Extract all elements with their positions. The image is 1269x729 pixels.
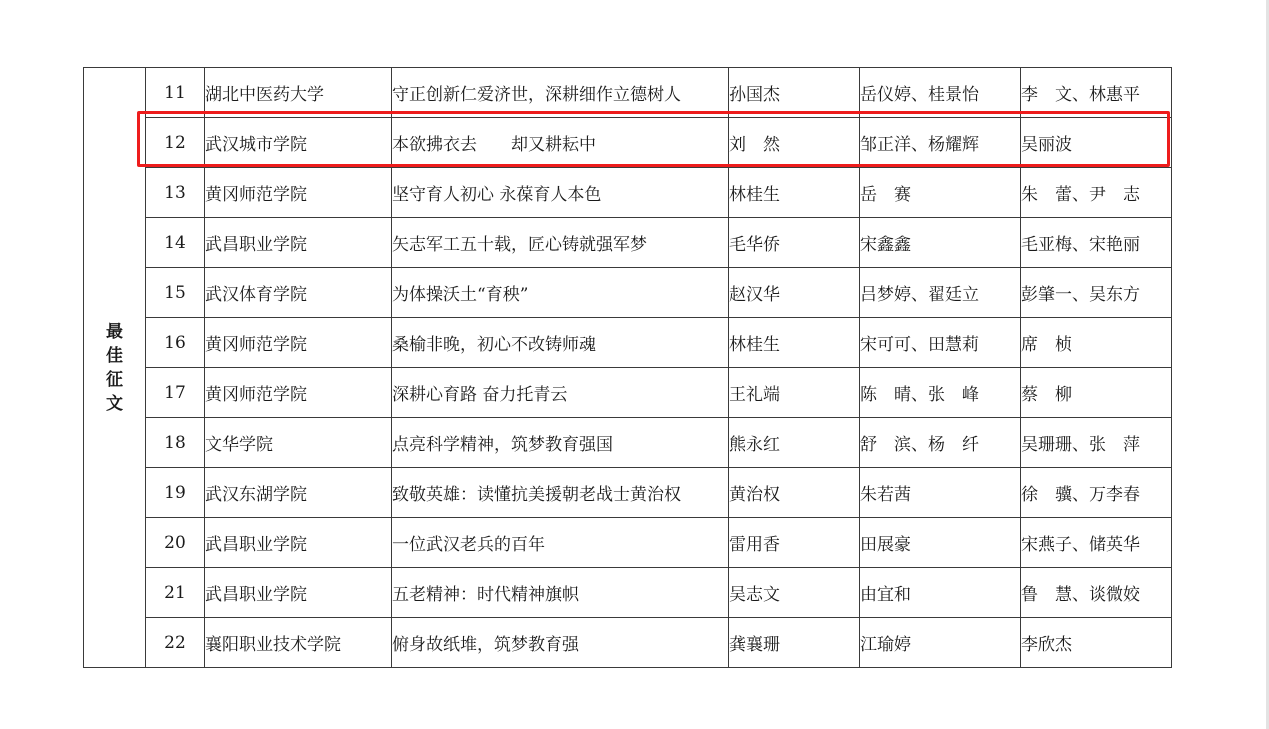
authors-cell: 邹正洋、杨耀辉 — [860, 118, 1021, 168]
table-row: 18 文华学院 点亮科学精神，筑梦教育强国 熊永红 舒 滨、杨 纤 吴珊珊、张 … — [84, 418, 1172, 468]
authors-cell: 吕梦婷、翟廷立 — [860, 268, 1021, 318]
row-number: 11 — [146, 68, 205, 118]
advisors-cell: 吴丽波 — [1021, 118, 1172, 168]
school-cell: 武昌职业学院 — [205, 518, 392, 568]
row-number: 14 — [146, 218, 205, 268]
title-cell: 一位武汉老兵的百年 — [392, 518, 729, 568]
advisors-cell: 蔡 柳 — [1021, 368, 1172, 418]
authors-cell: 田展豪 — [860, 518, 1021, 568]
subject-cell: 林桂生 — [729, 168, 860, 218]
table-row: 最 佳 征 文 11 湖北中医药大学 守正创新仁爱济世，深耕细作立德树人 孙国杰… — [84, 68, 1172, 118]
table-row: 19 武汉东湖学院 致敬英雄：读懂抗美援朝老战士黄治权 黄治权 朱若茜 徐 骥、… — [84, 468, 1172, 518]
advisors-cell: 李欣杰 — [1021, 618, 1172, 668]
row-number: 17 — [146, 368, 205, 418]
subject-cell: 吴志文 — [729, 568, 860, 618]
authors-cell: 江瑜婷 — [860, 618, 1021, 668]
table-row: 15 武汉体育学院 为体操沃土“育秧” 赵汉华 吕梦婷、翟廷立 彭肇一、吴东方 — [84, 268, 1172, 318]
subject-cell: 赵汉华 — [729, 268, 860, 318]
school-cell: 黄冈师范学院 — [205, 168, 392, 218]
title-cell: 为体操沃土“育秧” — [392, 268, 729, 318]
subject-cell: 毛华侨 — [729, 218, 860, 268]
row-number: 21 — [146, 568, 205, 618]
title-cell: 矢志军工五十载，匠心铸就强军梦 — [392, 218, 729, 268]
school-cell: 武昌职业学院 — [205, 218, 392, 268]
school-cell: 武汉城市学院 — [205, 118, 392, 168]
advisors-cell: 席 桢 — [1021, 318, 1172, 368]
row-number: 19 — [146, 468, 205, 518]
row-number: 15 — [146, 268, 205, 318]
row-number: 12 — [146, 118, 205, 168]
awards-table: 最 佳 征 文 11 湖北中医药大学 守正创新仁爱济世，深耕细作立德树人 孙国杰… — [83, 67, 1172, 668]
table-row: 16 黄冈师范学院 桑榆非晚，初心不改铸师魂 林桂生 宋可可、田慧莉 席 桢 — [84, 318, 1172, 368]
advisors-cell: 毛亚梅、宋艳丽 — [1021, 218, 1172, 268]
authors-cell: 宋鑫鑫 — [860, 218, 1021, 268]
advisors-cell: 李 文、林惠平 — [1021, 68, 1172, 118]
table-row: 20 武昌职业学院 一位武汉老兵的百年 雷用香 田展豪 宋燕子、储英华 — [84, 518, 1172, 568]
title-cell: 点亮科学精神，筑梦教育强国 — [392, 418, 729, 468]
title-cell: 五老精神：时代精神旗帜 — [392, 568, 729, 618]
title-cell: 致敬英雄：读懂抗美援朝老战士黄治权 — [392, 468, 729, 518]
row-number: 16 — [146, 318, 205, 368]
category-char: 最 — [84, 320, 145, 344]
school-cell: 湖北中医药大学 — [205, 68, 392, 118]
advisors-cell: 鲁 慧、谈微姣 — [1021, 568, 1172, 618]
category-char: 佳 — [84, 344, 145, 368]
title-cell: 桑榆非晚，初心不改铸师魂 — [392, 318, 729, 368]
row-number: 13 — [146, 168, 205, 218]
category-cell: 最 佳 征 文 — [84, 68, 146, 668]
title-cell: 俯身故纸堆，筑梦教育强 — [392, 618, 729, 668]
school-cell: 武汉东湖学院 — [205, 468, 392, 518]
authors-cell: 由宜和 — [860, 568, 1021, 618]
school-cell: 武昌职业学院 — [205, 568, 392, 618]
authors-cell: 岳 赛 — [860, 168, 1021, 218]
subject-cell: 龚襄珊 — [729, 618, 860, 668]
school-cell: 黄冈师范学院 — [205, 368, 392, 418]
category-char: 征 — [84, 368, 145, 392]
authors-cell: 舒 滨、杨 纤 — [860, 418, 1021, 468]
table-row: 12 武汉城市学院 本欲拂衣去 却又耕耘中 刘 然 邹正洋、杨耀辉 吴丽波 — [84, 118, 1172, 168]
subject-cell: 刘 然 — [729, 118, 860, 168]
row-number: 22 — [146, 618, 205, 668]
school-cell: 黄冈师范学院 — [205, 318, 392, 368]
category-char: 文 — [84, 392, 145, 416]
table-row: 17 黄冈师范学院 深耕心育路 奋力托青云 王礼端 陈 晴、张 峰 蔡 柳 — [84, 368, 1172, 418]
table-row: 14 武昌职业学院 矢志军工五十载，匠心铸就强军梦 毛华侨 宋鑫鑫 毛亚梅、宋艳… — [84, 218, 1172, 268]
title-cell: 本欲拂衣去 却又耕耘中 — [392, 118, 729, 168]
row-number: 20 — [146, 518, 205, 568]
subject-cell: 林桂生 — [729, 318, 860, 368]
school-cell: 文华学院 — [205, 418, 392, 468]
row-number: 18 — [146, 418, 205, 468]
school-cell: 襄阳职业技术学院 — [205, 618, 392, 668]
title-cell: 坚守育人初心 永葆育人本色 — [392, 168, 729, 218]
subject-cell: 孙国杰 — [729, 68, 860, 118]
table-row: 22 襄阳职业技术学院 俯身故纸堆，筑梦教育强 龚襄珊 江瑜婷 李欣杰 — [84, 618, 1172, 668]
authors-cell: 岳仪婷、桂景怡 — [860, 68, 1021, 118]
title-cell: 守正创新仁爱济世，深耕细作立德树人 — [392, 68, 729, 118]
table-row: 21 武昌职业学院 五老精神：时代精神旗帜 吴志文 由宜和 鲁 慧、谈微姣 — [84, 568, 1172, 618]
subject-cell: 黄治权 — [729, 468, 860, 518]
advisors-cell: 宋燕子、储英华 — [1021, 518, 1172, 568]
school-cell: 武汉体育学院 — [205, 268, 392, 318]
authors-cell: 朱若茜 — [860, 468, 1021, 518]
advisors-cell: 朱 蕾、尹 志 — [1021, 168, 1172, 218]
advisors-cell: 吴珊珊、张 萍 — [1021, 418, 1172, 468]
advisors-cell: 彭肇一、吴东方 — [1021, 268, 1172, 318]
subject-cell: 雷用香 — [729, 518, 860, 568]
table-row: 13 黄冈师范学院 坚守育人初心 永葆育人本色 林桂生 岳 赛 朱 蕾、尹 志 — [84, 168, 1172, 218]
subject-cell: 熊永红 — [729, 418, 860, 468]
title-cell: 深耕心育路 奋力托青云 — [392, 368, 729, 418]
subject-cell: 王礼端 — [729, 368, 860, 418]
authors-cell: 宋可可、田慧莉 — [860, 318, 1021, 368]
authors-cell: 陈 晴、张 峰 — [860, 368, 1021, 418]
advisors-cell: 徐 骥、万李春 — [1021, 468, 1172, 518]
